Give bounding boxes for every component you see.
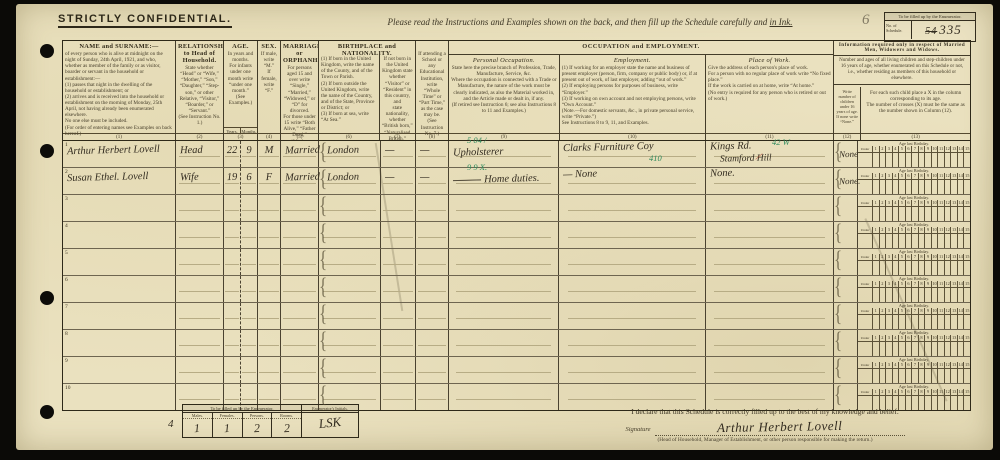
cell-employment (558, 303, 705, 329)
cell-occupation (448, 357, 558, 383)
children-grid-cells (858, 206, 970, 221)
cell-employment (558, 249, 705, 275)
cell-name: 8 (63, 330, 175, 356)
cell-marriage (280, 195, 318, 221)
handwritten-entry: Head (180, 145, 203, 157)
cell-employment (558, 330, 705, 356)
table-row: 4{{Age last Birthday.Under one.123456789… (63, 221, 970, 248)
scanned-census-schedule: { "colors":{"paper":"#eae1bf","ink":"#3a… (0, 0, 1000, 460)
table-row: 9{{Age last Birthday.Under one.123456789… (63, 356, 970, 383)
handwritten-entry: 19 (227, 172, 238, 183)
cell-children-count: { (833, 330, 857, 356)
children-grid-subcol: For each such child place a X in the col… (860, 87, 970, 140)
cell-education (415, 222, 448, 248)
children-age-grid: Age last Birthday.Under one.123456789101… (857, 168, 970, 194)
printed-brace: { (834, 301, 842, 328)
children-age-grid: Age last Birthday.Under one.123456789101… (857, 249, 970, 275)
cell-sex: F (257, 168, 280, 194)
nationality-subcol: If not born in the United Kingdom state … (379, 53, 415, 140)
handwritten-entry: ———Home duties. (453, 173, 540, 186)
enumerator-count-cell: Males.1 (183, 413, 212, 437)
printed-brace: { (834, 274, 842, 301)
children-age-grid: Age last Birthday.Under one.123456789101… (857, 330, 970, 356)
punch-hole (40, 144, 54, 158)
handwritten-entry: Wife (180, 172, 199, 183)
punch-hole (40, 291, 54, 305)
cell-children-count: { (833, 303, 857, 329)
printed-brace: { (834, 247, 842, 274)
pencil-annotation: 6 (862, 12, 870, 29)
table-row: 6{{Age last Birthday.Under one.123456789… (63, 275, 970, 302)
printed-brace: { (319, 274, 327, 301)
cell-age-years (223, 303, 240, 329)
cell-education (415, 357, 448, 383)
cell-occupation (448, 330, 558, 356)
handwritten-entry: None. (839, 176, 861, 187)
cell-occupation: 9 9 X.———Home duties. (448, 168, 558, 194)
cell-children-count: { (833, 276, 857, 302)
row-number: 7 (65, 304, 68, 310)
count-value: 2 (283, 421, 290, 436)
cell-sex (257, 303, 280, 329)
handwritten-entry: Stamford Hill (720, 153, 772, 164)
green-code-annotation: 410 (649, 153, 662, 163)
children-grid-table: Age last Birthday.Under one.123456789101… (858, 330, 970, 356)
cell-marriage (280, 357, 318, 383)
col-header-education: If attending a School or any Educational… (415, 41, 448, 140)
cell-children-count: { (833, 222, 857, 248)
count-label: Females. (213, 413, 242, 419)
cell-employment (558, 357, 705, 383)
children-grid-cell (858, 368, 872, 383)
printed-brace: { (319, 247, 327, 274)
handwritten-entry: — (420, 145, 430, 156)
cell-education (415, 276, 448, 302)
cell-name: 9 (63, 357, 175, 383)
struck-out-word: ——— (453, 174, 481, 186)
cell-age-months (240, 276, 257, 302)
printed-brace: { (319, 220, 327, 247)
enumerator-count-cell: Females.1 (212, 413, 242, 437)
cell-place-of-work (705, 357, 833, 383)
printed-brace: { (834, 382, 842, 409)
children-grid-cell (858, 260, 872, 275)
handwritten-entry: 22 (227, 145, 238, 156)
cell-children-count: { (833, 249, 857, 275)
cell-nationality (380, 357, 415, 383)
signature-line: SignatureArthur Herbert Lovell (545, 419, 985, 436)
enumerator-box-title: To be filled up by the Enumerator. (183, 405, 301, 413)
cell-age-months (240, 330, 257, 356)
cell-children-count: {None. (833, 168, 857, 194)
cell-birthplace: { (318, 303, 380, 329)
cell-place-of-work (705, 303, 833, 329)
punch-hole (40, 44, 54, 58)
children-grid-cells (858, 260, 970, 275)
schedule-number-label: No. of Schedule. (885, 21, 912, 39)
cell-employment (558, 195, 705, 221)
cell-age-years (223, 249, 240, 275)
cell-education (415, 249, 448, 275)
handwritten-entry: None (839, 149, 858, 159)
cell-sex (257, 249, 280, 275)
cell-birthplace: {London (318, 168, 380, 194)
cell-marriage (280, 249, 318, 275)
cell-place-of-work (705, 195, 833, 221)
enumerator-initials-box: Enumerator's Initials. LSK (302, 404, 359, 438)
children-age-grid: Age last Birthday.Under one.123456789101… (857, 195, 970, 221)
children-grid-cell (858, 152, 872, 167)
printed-brace: { (834, 355, 842, 382)
children-grid-cells (858, 152, 970, 167)
printed-brace: { (319, 301, 327, 328)
punch-hole (40, 405, 54, 419)
children-grid-table: Age last Birthday.Under one.123456789101… (858, 357, 970, 383)
children-grid-cell (963, 206, 970, 221)
col-group-occupation: OCCUPATION and EMPLOYMENT. Personal Occu… (448, 41, 833, 140)
enumerator-counts: To be filled up by the Enumerator. Males… (182, 404, 302, 438)
children-grid-cell (858, 287, 872, 302)
cell-employment: Clarks Furniture Coy410 (558, 141, 705, 167)
cell-birthplace: { (318, 276, 380, 302)
printed-brace: { (319, 355, 327, 382)
children-grid-table: Age last Birthday.Under one.123456789101… (858, 168, 970, 194)
count-label: Rooms. (272, 413, 301, 419)
cell-place-of-work (705, 330, 833, 356)
children-grid-cell (963, 287, 970, 302)
cell-relationship: Head (175, 141, 223, 167)
in-ink-emphasis: in Ink. (770, 17, 793, 27)
handwritten-entry: Upholsterer (453, 146, 504, 158)
cell-place-of-work (705, 276, 833, 302)
table-body: 1Arthur Herbert LovellHead229MMarried{Lo… (63, 141, 970, 410)
cell-birthplace: {London (318, 141, 380, 167)
cell-relationship (175, 303, 223, 329)
handwritten-entry: — (385, 172, 395, 183)
row-number: 9 (65, 358, 68, 364)
children-grid-cells (858, 179, 970, 194)
cell-sex (257, 276, 280, 302)
cell-nationality (380, 384, 415, 410)
cell-age-years: 22 (223, 141, 240, 167)
cell-marriage (280, 276, 318, 302)
declaration-text: I declare that this Schedule is correctl… (545, 407, 985, 416)
schedule-number-value: 54335 (912, 21, 975, 39)
count-label: Males. (183, 413, 212, 419)
cell-marriage (280, 330, 318, 356)
handwritten-entry: London (327, 172, 359, 184)
children-grid-cells (858, 368, 970, 383)
cell-relationship (175, 222, 223, 248)
handwritten-entry: Arthur Herbert Lovell (67, 144, 160, 157)
children-grid-table: Age last Birthday.Under one.123456789101… (858, 303, 970, 329)
cell-age-months (240, 195, 257, 221)
place-of-work-subcol: Place of Work. Give the address of each … (705, 55, 833, 140)
table-row: 7{{Age last Birthday.Under one.123456789… (63, 302, 970, 329)
cell-name: 5 (63, 249, 175, 275)
printed-brace: { (834, 193, 842, 220)
cell-occupation: 5 04 /Upholsterer (448, 141, 558, 167)
employment-subcol: Employment. (1) If working for an employ… (559, 55, 705, 140)
cell-place-of-work: Kings Rd.Stamford Hill42 W⁄ (705, 141, 833, 167)
handwritten-entry: London (327, 145, 359, 157)
green-code-annotation: 42 W (772, 137, 790, 147)
row-number: 10 (65, 385, 71, 391)
cell-relationship (175, 195, 223, 221)
children-age-grid: Age last Birthday.Under one.123456789101… (857, 357, 970, 383)
children-age-grid: Age last Birthday.Under one.123456789101… (857, 276, 970, 302)
children-grid-table: Age last Birthday.Under one.123456789101… (858, 222, 970, 248)
col-header-age: AGE. In years and months. For infants un… (223, 41, 257, 140)
children-grid-cells (858, 287, 970, 302)
handwritten-entry: Kings Rd. (710, 140, 752, 152)
cell-employment: — None (558, 168, 705, 194)
cell-education (415, 384, 448, 410)
cell-name: 2Susan Ethel. Lovell (63, 168, 175, 194)
cell-nationality (380, 222, 415, 248)
cell-nationality (380, 249, 415, 275)
count-value: 1 (224, 421, 231, 436)
census-table: NAME and SURNAME:— of every person who i… (62, 40, 971, 411)
cell-name: 4 (63, 222, 175, 248)
printed-brace: { (319, 382, 327, 409)
confidential-heading: STRICTLY CONFIDENTIAL. (58, 13, 232, 28)
cell-children-count: { (833, 357, 857, 383)
handwritten-entry: Clarks Furniture Coy (563, 141, 654, 154)
children-grid-table: Age last Birthday.Under one.123456789101… (858, 249, 970, 275)
children-grid-cell (963, 368, 970, 383)
cell-relationship: Wife (175, 168, 223, 194)
handwritten-entry: None. (710, 168, 735, 180)
cell-occupation (448, 303, 558, 329)
cell-occupation (448, 276, 558, 302)
signature-value: Arthur Herbert Lovell (717, 418, 843, 436)
handwritten-entry: 6 (246, 172, 252, 183)
children-grid-cell (858, 233, 872, 248)
cell-education (415, 330, 448, 356)
cell-nationality (380, 303, 415, 329)
cell-age-months: 9 (240, 141, 257, 167)
handwritten-entry: — None (563, 169, 597, 181)
children-grid-table: Age last Birthday.Under one.123456789101… (858, 141, 970, 167)
children-grid-cells (858, 314, 970, 329)
cell-birthplace: { (318, 195, 380, 221)
children-grid-cell (963, 314, 970, 329)
cell-birthplace: { (318, 357, 380, 383)
children-age-grid: Age last Birthday.Under one.123456789101… (857, 303, 970, 329)
printed-brace: { (834, 220, 842, 247)
cell-relationship (175, 276, 223, 302)
cell-age-years (223, 330, 240, 356)
signature-note: (Head of Household, Manager of Establish… (545, 437, 985, 443)
cell-sex (257, 330, 280, 356)
printed-brace: { (834, 328, 842, 355)
printed-brace: { (319, 166, 327, 193)
enumerator-count-cell: Rooms.2 (271, 413, 301, 437)
children-grid-cell (963, 179, 970, 194)
printed-brace: { (319, 193, 327, 220)
cell-nationality (380, 276, 415, 302)
cell-place-of-work: None. (705, 168, 833, 194)
cell-occupation (448, 195, 558, 221)
cell-marriage: Married (280, 141, 318, 167)
cell-children-count: { (833, 195, 857, 221)
cell-relationship (175, 357, 223, 383)
handwritten-entry: F (266, 172, 273, 183)
col-header-birthplace: BIRTHPLACE and NATIONALITY. (1) If born … (318, 41, 415, 140)
cell-nationality: — (380, 168, 415, 194)
cell-birthplace: { (318, 330, 380, 356)
col-header-sex: SEX. If male, write “M.” If female, writ… (257, 41, 280, 140)
cell-age-months (240, 222, 257, 248)
handwritten-entry: — (420, 172, 430, 183)
cell-age-months: 6 (240, 168, 257, 194)
cell-age-months (240, 303, 257, 329)
cell-education: — (415, 141, 448, 167)
children-age-grid: Age last Birthday.Under one.123456789101… (857, 222, 970, 248)
cell-name: 3 (63, 195, 175, 221)
cell-employment (558, 222, 705, 248)
signature-label: Signature (625, 426, 650, 433)
children-count-subcol: Write number of children under 16 years … (834, 87, 860, 140)
children-grid-cell (858, 314, 872, 329)
schedule-number-box: To be filled up by the Enumerator. No. o… (884, 12, 976, 42)
fill-instruction: Please read the Instructions and Example… (300, 17, 880, 27)
personal-occupation-subcol: Personal Occupation. State here the prec… (449, 55, 559, 140)
children-grid-cell (963, 152, 970, 167)
cell-age-months (240, 249, 257, 275)
col-header-relationship: RELATIONSHIP to Head of Household. State… (175, 41, 223, 140)
cell-age-months (240, 357, 257, 383)
cell-children-count: {None (833, 141, 857, 167)
declaration-block: I declare that this Schedule is correctl… (545, 407, 985, 443)
cell-education (415, 303, 448, 329)
cell-name: 1Arthur Herbert Lovell (63, 141, 175, 167)
row-number: 4 (65, 223, 68, 229)
cell-age-years: 19 (223, 168, 240, 194)
cell-age-years (223, 276, 240, 302)
table-row: 3{{Age last Birthday.Under one.123456789… (63, 194, 970, 221)
enumerator-count-cell: Persons.2 (242, 413, 272, 437)
count-label: Persons. (243, 413, 272, 419)
cell-age-years (223, 357, 240, 383)
cell-marriage (280, 222, 318, 248)
page-mark: 4 (168, 418, 174, 430)
cell-birthplace: { (318, 249, 380, 275)
col-header-name: NAME and SURNAME:— of every person who i… (63, 41, 175, 140)
children-grid-cell (858, 206, 872, 221)
cell-name: 7 (63, 303, 175, 329)
table-header: NAME and SURNAME:— of every person who i… (63, 41, 970, 141)
table-row: 2Susan Ethel. LovellWife196FMarried{Lond… (63, 167, 970, 194)
cell-relationship (175, 330, 223, 356)
cell-sex (257, 222, 280, 248)
table-row: 1Arthur Herbert LovellHead229MMarried{Lo… (63, 141, 970, 167)
printed-brace: { (319, 139, 327, 166)
cell-nationality (380, 330, 415, 356)
row-number: 5 (65, 250, 68, 256)
children-grid-cell (963, 260, 970, 275)
handwritten-entry: M (264, 145, 273, 156)
cell-age-years (223, 222, 240, 248)
count-value: 2 (253, 421, 260, 436)
cell-sex (257, 195, 280, 221)
row-number: 3 (65, 196, 68, 202)
cell-nationality (380, 195, 415, 221)
cell-name: 6 (63, 276, 175, 302)
cell-education: — (415, 168, 448, 194)
enumerator-summary-box: To be filled up by the Enumerator. Males… (182, 404, 359, 438)
birthplace-subcol: (1) If born in the United Kingdom, write… (319, 53, 379, 140)
row-number: 8 (65, 331, 68, 337)
handwritten-entry: Susan Ethel. Lovell (67, 171, 149, 184)
handwritten-entry: 9 (246, 145, 252, 156)
cell-age-years (223, 195, 240, 221)
printed-brace: { (319, 328, 327, 355)
cell-occupation (448, 249, 558, 275)
enumerator-initials-value: LSK (301, 412, 358, 434)
children-grid-cell (858, 341, 872, 356)
children-grid-table: Age last Birthday.Under one.123456789101… (858, 195, 970, 221)
cell-name: 10 (63, 384, 175, 410)
children-age-grid: Age last Birthday.Under one.123456789101… (857, 141, 970, 167)
table-row: 8{{Age last Birthday.Under one.123456789… (63, 329, 970, 356)
children-grid-cell (963, 233, 970, 248)
count-value: 1 (194, 421, 201, 436)
handwritten-entry: Married (285, 172, 320, 184)
col-header-marriage: MARRIAGE or ORPHANHOOD. For persons aged… (280, 41, 318, 140)
cell-occupation (448, 384, 558, 410)
cell-occupation (448, 222, 558, 248)
cell-sex: M (257, 141, 280, 167)
table-row: 5{{Age last Birthday.Under one.123456789… (63, 248, 970, 275)
cell-education (415, 195, 448, 221)
children-grid-cell (963, 341, 970, 356)
cell-marriage: Married (280, 168, 318, 194)
children-grid-table: Age last Birthday.Under one.123456789101… (858, 276, 970, 302)
cell-relationship (175, 249, 223, 275)
cell-employment (558, 276, 705, 302)
cell-place-of-work (705, 222, 833, 248)
cell-birthplace: { (318, 222, 380, 248)
handwritten-entry: — (385, 145, 395, 156)
cell-nationality: — (380, 141, 415, 167)
green-code-annotation: 9 9 X. (467, 162, 487, 172)
col-group-married: Information required only in respect of … (833, 41, 970, 140)
handwritten-entry: Married (285, 145, 320, 157)
cell-place-of-work (705, 249, 833, 275)
cell-marriage (280, 303, 318, 329)
children-grid-cells (858, 341, 970, 356)
green-code-annotation: 5 04 / (467, 135, 486, 145)
cell-sex (257, 357, 280, 383)
schedule-box-title: To be filled up by the Enumerator. (885, 13, 975, 21)
children-grid-cells (858, 233, 970, 248)
row-number: 6 (65, 277, 68, 283)
